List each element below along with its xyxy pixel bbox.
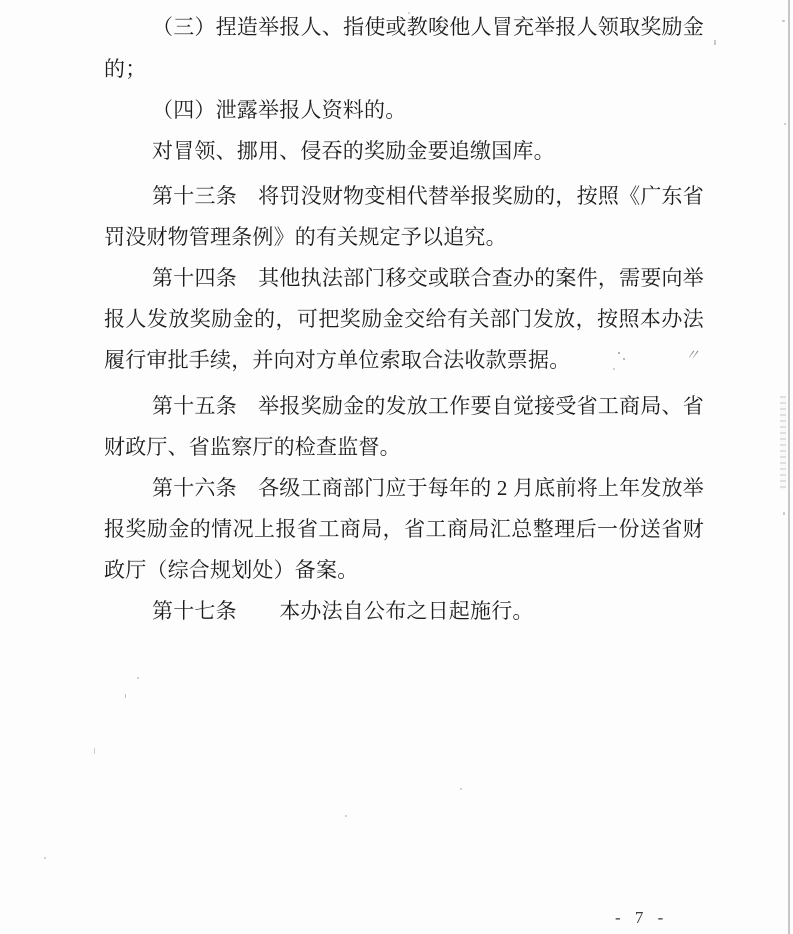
- text-line-11: 财政厅、省监察厅的检查监督。: [104, 433, 704, 461]
- text-line-15: 第十七条 本办法自公布之日起施行。: [104, 597, 704, 625]
- text-line-2: 的；: [104, 55, 704, 83]
- text-line-1: （三）捏造举报人、指使或教唆他人冒充举报人领取奖励金: [104, 13, 704, 41]
- text-line-7: 第十四条 其他执法部门移交或联合查办的案件，需要向举: [104, 264, 704, 292]
- scanned-document-page: （三）捏造举报人、指使或教唆他人冒充举报人领取奖励金 的； （四）泄露举报人资料…: [0, 0, 793, 934]
- document-body: （三）捏造举报人、指使或教唆他人冒充举报人领取奖励金 的； （四）泄露举报人资料…: [0, 0, 793, 934]
- text-line-13: 报奖励金的情况上报省工商局，省工商局汇总整理后一份送省财: [104, 515, 704, 543]
- text-line-12: 第十六条 各级工商部门应于每年的 2 月底前将上年发放举: [104, 474, 704, 502]
- text-line-3: （四）泄露举报人资料的。: [104, 96, 704, 124]
- text-line-10: 第十五条 举报奖励金的发放工作要自觉接受省工商局、省: [104, 392, 704, 420]
- text-line-8: 报人发放奖励金的，可把奖励金交给有关部门发放，按照本办法: [104, 305, 704, 333]
- text-line-9: 履行审批手续，并向对方单位索取合法收款票据。: [104, 346, 704, 374]
- text-line-5: 第十三条 将罚没财物变相代替举报奖励的，按照《广东省: [104, 182, 704, 210]
- text-line-6: 罚没财物管理条例》的有关规定予以追究。: [104, 223, 704, 251]
- text-line-4: 对冒领、挪用、侵吞的奖励金要追缴国库。: [104, 137, 704, 165]
- text-line-14: 政厅（综合规划处）备案。: [104, 556, 704, 584]
- page-number: - 7 -: [615, 908, 668, 928]
